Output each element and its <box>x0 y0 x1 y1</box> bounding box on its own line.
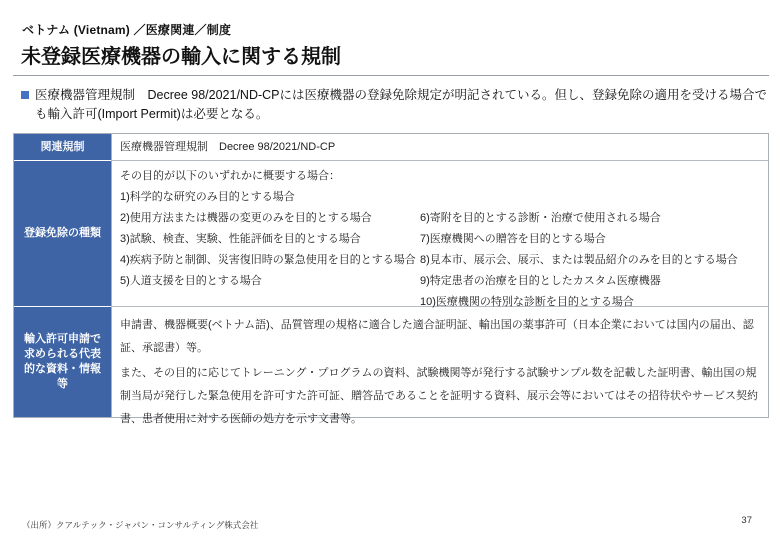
list-item: 1)科学的な研究のみ目的とする場合 <box>120 187 420 208</box>
row-header-required-documents: 輸入許可申請で求められる代表的な資料・情報等 <box>14 307 111 417</box>
title-divider <box>13 75 769 76</box>
source-note: （出所）クアルテック・ジャパン・コンサルティング株式会社 <box>22 519 258 531</box>
row-content-related-regulation: 医療機器管理規制 Decree 98/2021/ND-CP <box>111 134 768 161</box>
breadcrumb: ベトナム (Vietnam) ／医療関連／制度 <box>22 21 231 38</box>
list-item: 8)見本市、展示会、展示、または製品紹介のみを目的とする場合 <box>420 250 760 271</box>
list-item: 9)特定患者の治療を目的としたカスタム医療機器 <box>420 271 760 292</box>
summary-bullet-paragraph: 医療機器管理規制 Decree 98/2021/ND-CPには医療機器の登録免除… <box>21 86 769 124</box>
bullet-square-icon <box>21 91 29 99</box>
table-row-related-regulation: 関連規制 医療機器管理規制 Decree 98/2021/ND-CP <box>14 134 768 161</box>
table-row-exemption-types: 登録免除の種類 その目的が以下のいずれかに概要する場合： 1)科学的な研究のみ目… <box>14 161 768 307</box>
exemption-columns: 1)科学的な研究のみ目的とする場合 2)使用方法または機器の変更のみを目的とする… <box>120 187 760 313</box>
summary-text: 医療機器管理規制 Decree 98/2021/ND-CPには医療機器の登録免除… <box>35 86 769 124</box>
regulation-table: 関連規制 医療機器管理規制 Decree 98/2021/ND-CP 登録免除の… <box>13 133 769 418</box>
exemption-intro: その目的が以下のいずれかに概要する場合： <box>120 166 760 187</box>
row-header-exemption-types: 登録免除の種類 <box>14 161 111 307</box>
row-content-exemption-types: その目的が以下のいずれかに概要する場合： 1)科学的な研究のみ目的とする場合 2… <box>111 161 768 307</box>
documents-paragraph-1: 申請書、機器概要(ベトナム語)、品質管理の規格に適合した適合証明証、輸出国の薬事… <box>120 314 760 360</box>
list-item: 7)医療機関への贈答を目的とする場合 <box>420 229 760 250</box>
row-content-required-documents: 申請書、機器概要(ベトナム語)、品質管理の規格に適合した適合証明証、輸出国の薬事… <box>111 307 768 417</box>
table-row-required-documents: 輸入許可申請で求められる代表的な資料・情報等 申請書、機器概要(ベトナム語)、品… <box>14 307 768 417</box>
documents-paragraph-2: また、その目的に応じてトレーニング・プログラムの資料、試験機関等が発行する試験サ… <box>120 362 760 431</box>
exemption-list-left: 1)科学的な研究のみ目的とする場合 2)使用方法または機器の変更のみを目的とする… <box>120 187 420 313</box>
page-title: 未登録医療機器の輸入に関する規制 <box>21 40 341 69</box>
row-header-related-regulation: 関連規制 <box>14 134 111 161</box>
list-item: 4)疾病予防と制御、災害復旧時の緊急使用を目的とする場合 <box>120 250 420 271</box>
list-item: 3)試験、検査、実験、性能評価を目的とする場合 <box>120 229 420 250</box>
exemption-list-right: 6)寄附を目的とする診断・治療で使用される場合 7)医療機関への贈答を目的とする… <box>420 187 760 313</box>
list-item: 2)使用方法または機器の変更のみを目的とする場合 <box>120 208 420 229</box>
page-number: 37 <box>741 515 752 526</box>
list-item: 6)寄附を目的とする診断・治療で使用される場合 <box>420 208 760 229</box>
list-item: 5)人道支援を目的とする場合 <box>120 271 420 292</box>
